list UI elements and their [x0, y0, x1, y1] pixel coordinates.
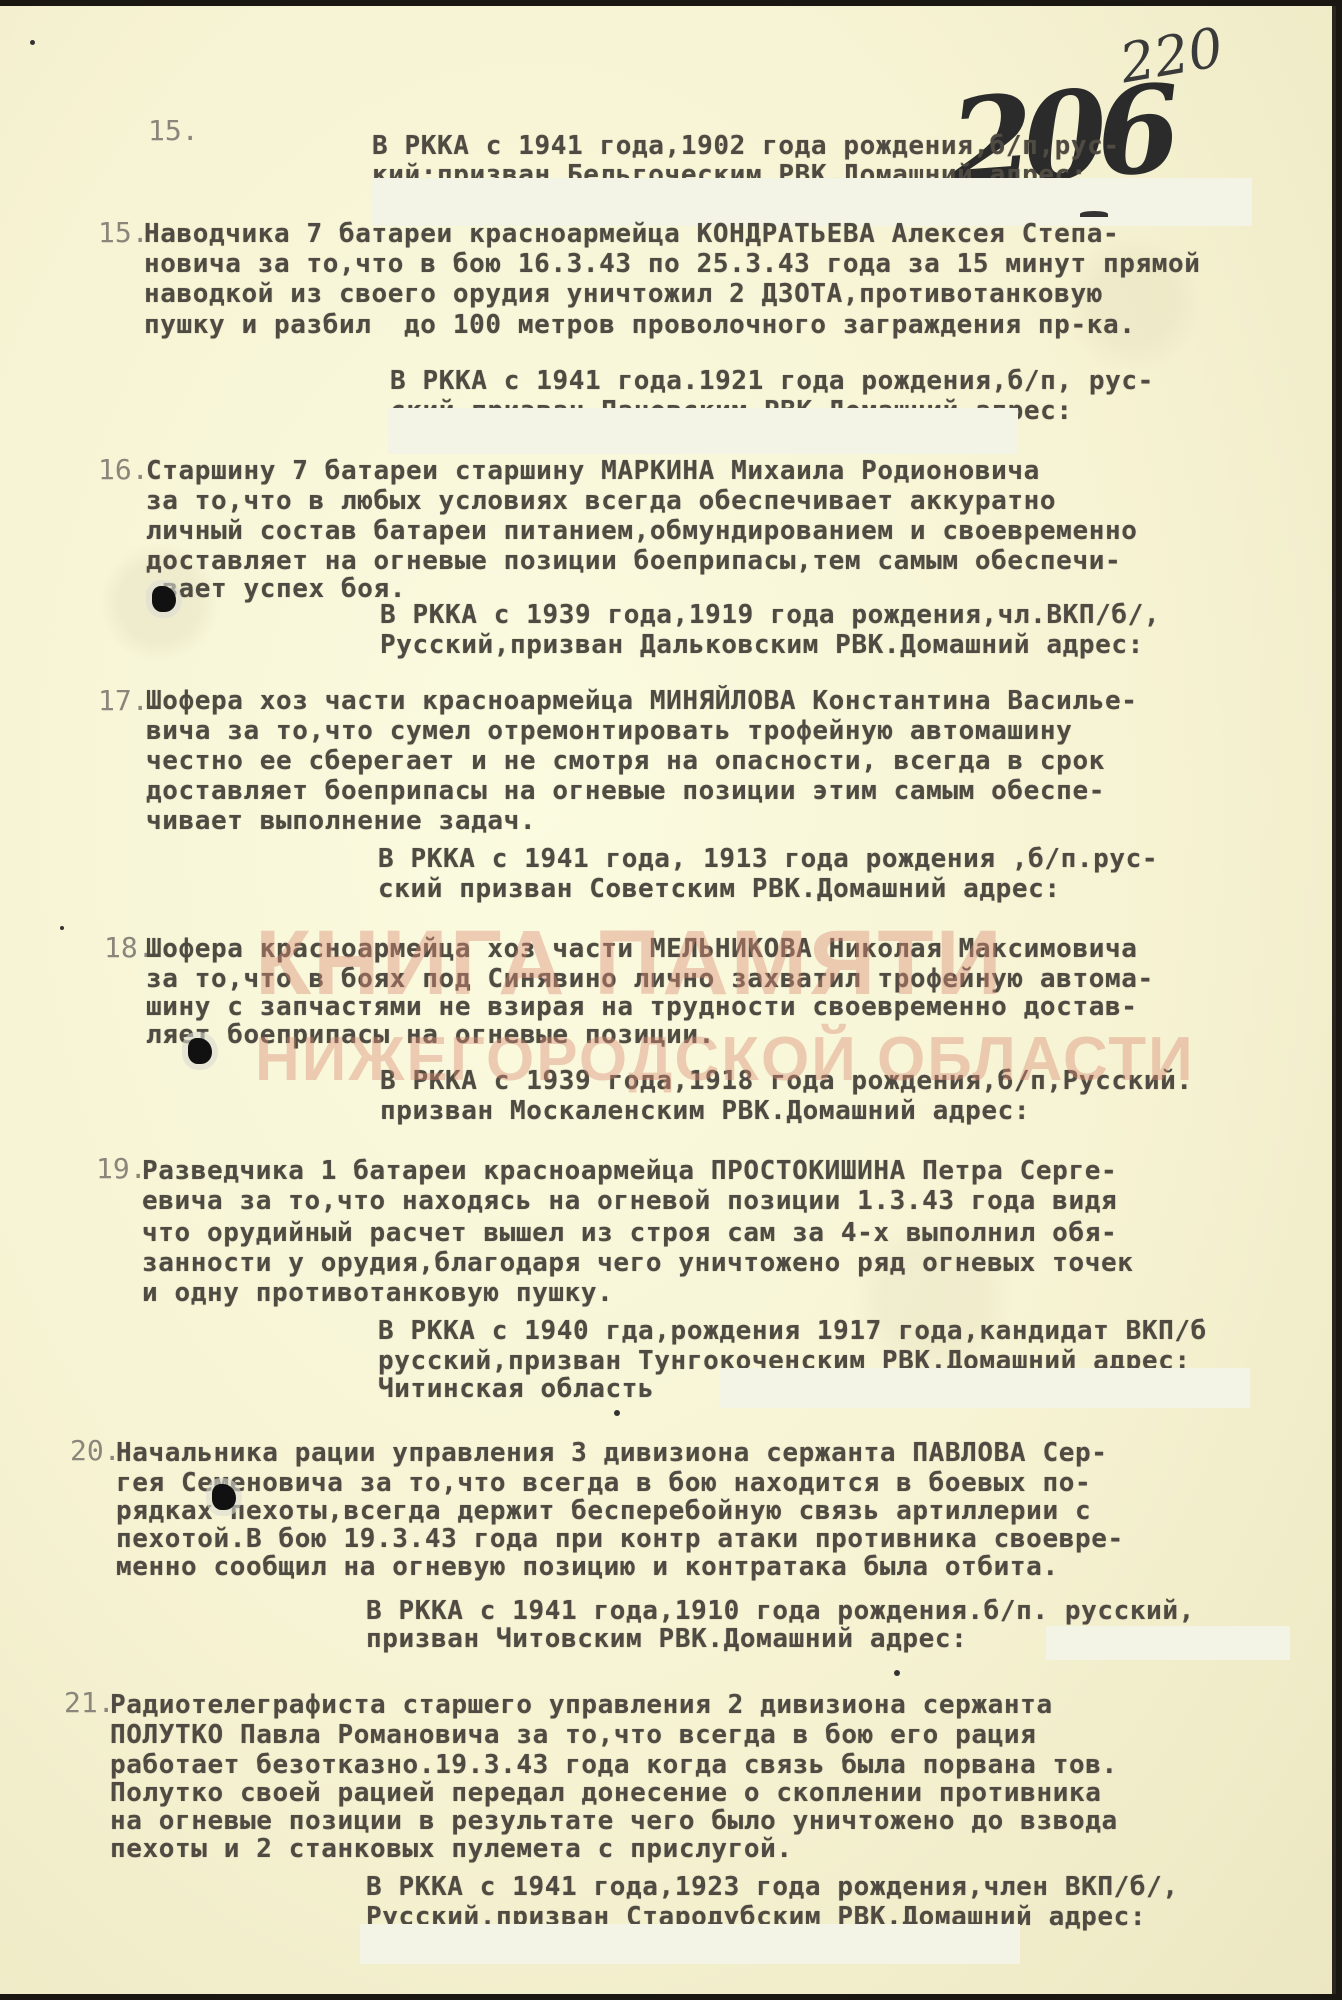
- punch-hole: [152, 586, 176, 612]
- entry-service-line: В РККА с 1941 года,1902 года рождения,б/…: [372, 131, 1120, 162]
- entry-body-line: на огневые позиции в результате чего был…: [110, 1806, 1118, 1837]
- entry-number: 16.: [98, 453, 149, 486]
- watermark-line-1: КНИГА ПАМЯТИ: [255, 911, 1004, 1016]
- entry-body-line: честно ее сберегает и не смотря на опасн…: [146, 746, 1105, 777]
- entry-body-line: пушку и разбил до 100 метров проволочног…: [144, 310, 1135, 341]
- entry-service-line: призван Читовским РВК.Домашний адрес:: [366, 1624, 967, 1655]
- entry-service-line: Читинская область: [378, 1374, 654, 1405]
- punch-hole: [212, 1484, 236, 1510]
- entry-number-faint: 15.: [148, 114, 199, 147]
- watermark-line-2: НИЖЕГОРОДСКОЙ ОБЛАСТИ: [255, 1024, 1195, 1095]
- redaction-box: [388, 408, 1018, 454]
- entry-service-line: Русский,призван Дальковским РВК.Домашний…: [380, 630, 1144, 661]
- entry-body-line: гея Семеновича за то,что всегда в бою на…: [116, 1468, 1091, 1499]
- punch-mark: [614, 1410, 620, 1416]
- margin-mark: [30, 40, 35, 45]
- entry-service-line: призван Москаленским РВК.Домашний адрес:: [380, 1096, 1030, 1127]
- entry-body-line: Разведчика 1 батареи красноармейца ПРОСТ…: [142, 1156, 1117, 1187]
- entry-body-line: чивает выполнение задач.: [146, 806, 536, 837]
- entry-number: 19.: [96, 1152, 147, 1185]
- entry-number: 17.: [98, 684, 149, 717]
- entry-body-line: Радиотелеграфиста старшего управления 2 …: [110, 1690, 1053, 1721]
- entry-body-line: доставляет на огневые позиции боеприпасы…: [146, 546, 1121, 577]
- entry-body-line: Начальника рации управления 3 дивизиона …: [116, 1438, 1107, 1469]
- redaction-box: [1046, 1626, 1290, 1660]
- entry-body-line: вает успех боя.: [146, 574, 406, 605]
- entry-service-line: В РККА с 1941 года, 1913 года рождения ,…: [378, 844, 1158, 875]
- entry-service-line: В РККА с 1941 года,1910 года рождения.б/…: [366, 1596, 1195, 1627]
- punch-hole: [188, 1038, 212, 1064]
- entry-body-line: менно сообщил на огневую позицию и контр…: [116, 1552, 1059, 1583]
- entry-body-line: за то,что в любых условиях всегда обеспе…: [146, 486, 1056, 517]
- margin-mark: [60, 926, 64, 930]
- entry-body-line: пехоты и 2 станковых пулемета с прислуго…: [110, 1834, 793, 1865]
- entry-body-line: Полутко своей рацией передал донесение о…: [110, 1778, 1101, 1809]
- entry-body-line: новича за то,что в бою 16.3.43 по 25.3.4…: [144, 249, 1200, 280]
- entry-service-line: В РККА с 1941 года.1921 года рождения,б/…: [390, 366, 1154, 397]
- punch-mark: [894, 1670, 900, 1676]
- entry-body-line: и одну противотанковую пушку.: [142, 1278, 613, 1309]
- entry-body-line: Шофера хоз части красноармейца МИНЯЙЛОВА…: [146, 686, 1137, 717]
- entry-service-line: В РККА с 1941 года,1923 года рождения,чл…: [366, 1872, 1179, 1903]
- punch-mark: [1080, 211, 1108, 217]
- archival-document-page: 206 220 15. В РККА с 1941 года,1902 года…: [0, 6, 1336, 1994]
- entry-service-line: В РККА с 1939 года,1919 года рождения,чл…: [380, 600, 1160, 631]
- redaction-box: [720, 1368, 1250, 1408]
- entry-body-line: Старшину 7 батареи старшину МАРКИНА Миха…: [146, 456, 1040, 487]
- entry-body-line: доставляет боеприпасы на огневые позиции…: [146, 776, 1105, 807]
- redaction-box: [360, 1924, 1020, 1964]
- entry-body-line: что орудийный расчет вышел из строя сам …: [142, 1218, 1117, 1249]
- entry-body-line: наводкой из своего орудия уничтожил 2 ДЗ…: [144, 279, 1103, 310]
- entry-body-line: вича за то,что сумел отремонтировать тро…: [146, 716, 1072, 747]
- entry-body-line: личный состав батареи питанием,обмундиро…: [146, 516, 1137, 547]
- entry-body-line: рядках пехоты,всегда держит бесперебойну…: [116, 1496, 1091, 1527]
- entry-body-line: занности у орудия,благодаря чего уничтож…: [142, 1248, 1133, 1279]
- entry-service-line: В РККА с 1940 гда,рождения 1917 года,кан…: [378, 1316, 1207, 1347]
- entry-number: 20.: [70, 1434, 121, 1467]
- entry-service-line: ский призван Советским РВК.Домашний адре…: [378, 874, 1061, 905]
- entry-body-line: Наводчика 7 батареи красноармейца КОНДРА…: [144, 219, 1119, 250]
- entry-body-line: евича за то,что находясь на огневой пози…: [142, 1186, 1117, 1217]
- entry-number: 21.: [64, 1686, 115, 1719]
- entry-number: 15.: [98, 216, 149, 249]
- entry-body-line: ПОЛУТКО Павла Романовича за то,что всегд…: [110, 1720, 1036, 1751]
- entry-body-line: работает безотказно.19.3.43 года когда с…: [110, 1750, 1118, 1781]
- entry-body-line: пехотой.В бою 19.3.43 года при контр ата…: [116, 1524, 1124, 1555]
- handwritten-page-number-alt: 220: [1115, 16, 1227, 96]
